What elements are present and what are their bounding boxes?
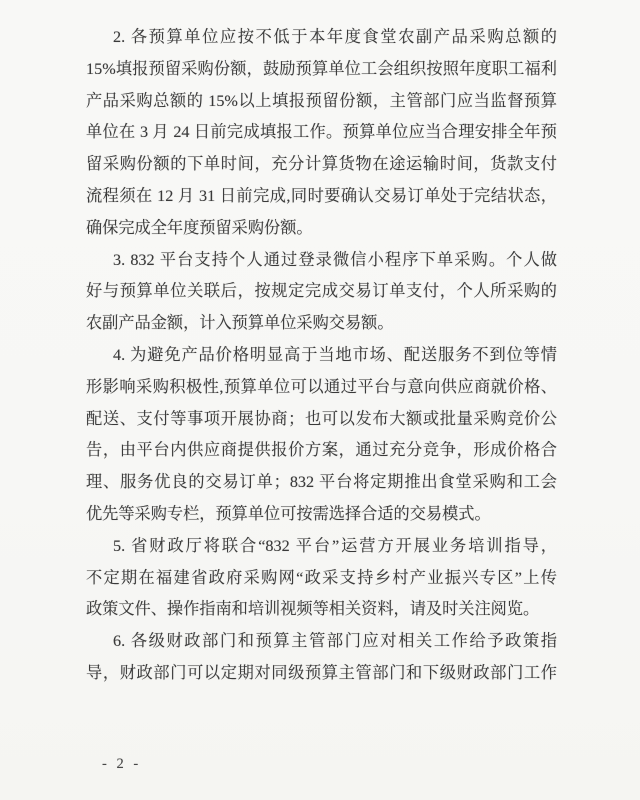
text-line: 农副产品金额，计入预算单位采购交易额。 bbox=[86, 308, 557, 340]
text-line: 确保完成全年度预留采购份额。 bbox=[86, 213, 557, 245]
text-line: 6. 各级财政部门和预算主管部门应对相关工作给予政策指 bbox=[86, 626, 557, 658]
text-line: 形影响采购积极性,预算单位可以通过平台与意向供应商就价格、 bbox=[86, 372, 557, 404]
document-body: 2. 各预算单位应按不低于本年度食堂农副产品采购总额的 15%填报预留采购份额，… bbox=[86, 22, 557, 690]
text-line: 导，财政部门可以定期对同级预算主管部门和下级财政部门工作 bbox=[86, 658, 557, 690]
page-number: - 2 - bbox=[102, 756, 141, 773]
text-line: 3. 832 平台支持个人通过登录微信小程序下单采购。个人做 bbox=[86, 245, 557, 277]
text-line: 流程须在 12 月 31 日前完成,同时要确认交易订单处于完结状态， bbox=[86, 181, 557, 213]
text-line: 4. 为避免产品价格明显高于当地市场、配送服务不到位等情 bbox=[86, 340, 557, 372]
document-page: 2. 各预算单位应按不低于本年度食堂农副产品采购总额的 15%填报预留采购份额，… bbox=[0, 0, 640, 800]
text-line: 告，由平台内供应商提供报价方案，通过充分竞争，形成价格合 bbox=[86, 435, 557, 467]
text-line: 产品采购总额的 15%以上填报预留份额，主管部门应当监督预算 bbox=[86, 86, 557, 118]
text-line: 好与预算单位关联后，按规定完成交易订单支付，个人所采购的 bbox=[86, 276, 557, 308]
text-line: 理、服务优良的交易订单；832 平台将定期推出食堂采购和工会 bbox=[86, 467, 557, 499]
text-line: 15%填报预留采购份额，鼓励预算单位工会组织按照年度职工福利 bbox=[86, 54, 557, 86]
text-line: 留采购份额的下单时间，充分计算货物在途运输时间，货款支付 bbox=[86, 149, 557, 181]
text-line: 配送、支付等事项开展协商；也可以发布大额或批量采购竞价公 bbox=[86, 404, 557, 436]
text-line: 单位在 3 月 24 日前完成填报工作。预算单位应当合理安排全年预 bbox=[86, 117, 557, 149]
text-line: 不定期在福建省政府采购网“政采支持乡村产业振兴专区”上传 bbox=[86, 563, 557, 595]
text-line: 优先等采购专栏，预算单位可按需选择合适的交易模式。 bbox=[86, 499, 557, 531]
text-line: 政策文件、操作指南和培训视频等相关资料，请及时关注阅览。 bbox=[86, 594, 557, 626]
text-line: 5. 省财政厅将联合“832 平台”运营方开展业务培训指导， bbox=[86, 531, 557, 563]
text-line: 2. 各预算单位应按不低于本年度食堂农副产品采购总额的 bbox=[86, 22, 557, 54]
